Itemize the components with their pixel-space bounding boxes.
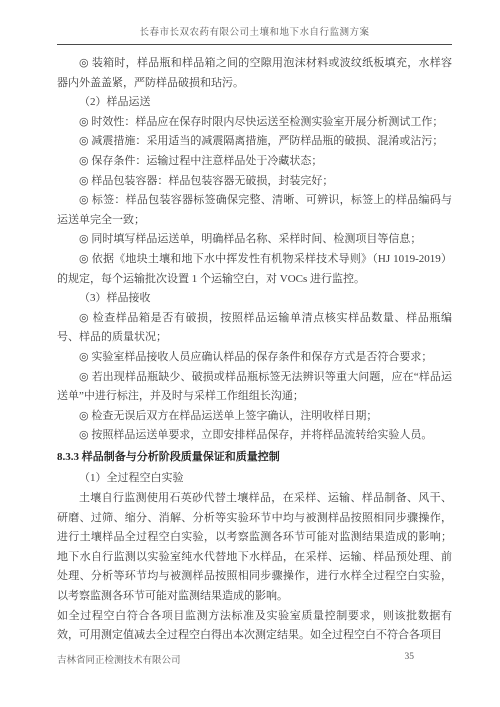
paragraph: ◎ 标签：样品包装容器标签确保完整、清晰、可辨识，标签上的样品编码与运送单完全一… xyxy=(57,191,452,230)
paragraph: ◎ 依据《地块土壤和地下水中挥发性有机物采样技术导则》（HJ 1019-2019… xyxy=(57,250,452,289)
paragraph: ◎ 检查样品箱是否有破损，按照样品运输单清点核实样品数量、样品瓶编号、样品的质量… xyxy=(57,309,452,348)
paragraph: ◎ 样品包装容器：样品包装容器无破损，封装完好； xyxy=(57,172,452,192)
paragraph: ◎ 装箱时，样品瓶和样品箱之间的空隙用泡沫材料或波纹纸板填充，水样容器内外盖盖紧… xyxy=(57,54,452,93)
paragraph: ◎ 实验室样品接收人员应确认样品的保存条件和保存方式是否符合要求； xyxy=(57,348,452,368)
paragraph: ◎ 减震措施：采用适当的减震隔离措施，严防样品瓶的破损、混淆或沾污； xyxy=(57,132,452,152)
footer-company-name: 吉林省同正检测技术有限公司 xyxy=(57,652,181,666)
page-header-title: 长春市长双农药有限公司土壤和地下水自行监测方案 xyxy=(139,28,369,38)
page-number: 35 xyxy=(405,652,415,662)
page-header: 长春市长双农药有限公司土壤和地下水自行监测方案 xyxy=(57,24,452,45)
section-heading: 8.3.3 样品制备与分析阶段质量保证和质量控制 xyxy=(57,448,452,468)
paragraph: 土壤自行监测使用石英砂代替土壤样品，在采样、运输、样品制备、风干、研磨、过筛、缩… xyxy=(57,489,452,607)
paragraph: ◎ 同时填写样品运送单，明确样品名称、采样时间、检测项目等信息； xyxy=(57,230,452,250)
paragraph: ◎ 若出现样品瓶缺少、破损或样品瓶标签无法辨识等重大问题，应在“样品运送单”中进… xyxy=(57,368,452,407)
document-page: 长春市长双农药有限公司土壤和地下水自行监测方案 ◎ 装箱时，样品瓶和样品箱之间的… xyxy=(0,0,500,707)
paragraph: ◎ 检查无误后双方在样品运送单上签字确认，注明收样日期； xyxy=(57,407,452,427)
paragraph: （3）样品接收 xyxy=(57,289,452,309)
paragraph: （2）样品运送 xyxy=(57,93,452,113)
document-body: ◎ 装箱时，样品瓶和样品箱之间的空隙用泡沫材料或波纹纸板填充，水样容器内外盖盖紧… xyxy=(57,54,452,646)
paragraph: ◎ 保存条件：运输过程中注意样品处于冷藏状态； xyxy=(57,152,452,172)
paragraph: 如全过程空白符合各项目监测方法标准及实验室质量控制要求，则该批数据有效，可用测定… xyxy=(57,607,452,646)
paragraph: （1）全过程空白实验 xyxy=(57,469,452,489)
paragraph: ◎ 时效性：样品应在保存时限内尽快运送至检测实验室开展分析测试工作； xyxy=(57,113,452,133)
paragraph: ◎ 按照样品运送单要求，立即安排样品保存，并将样品流转给实验人员。 xyxy=(57,426,452,446)
